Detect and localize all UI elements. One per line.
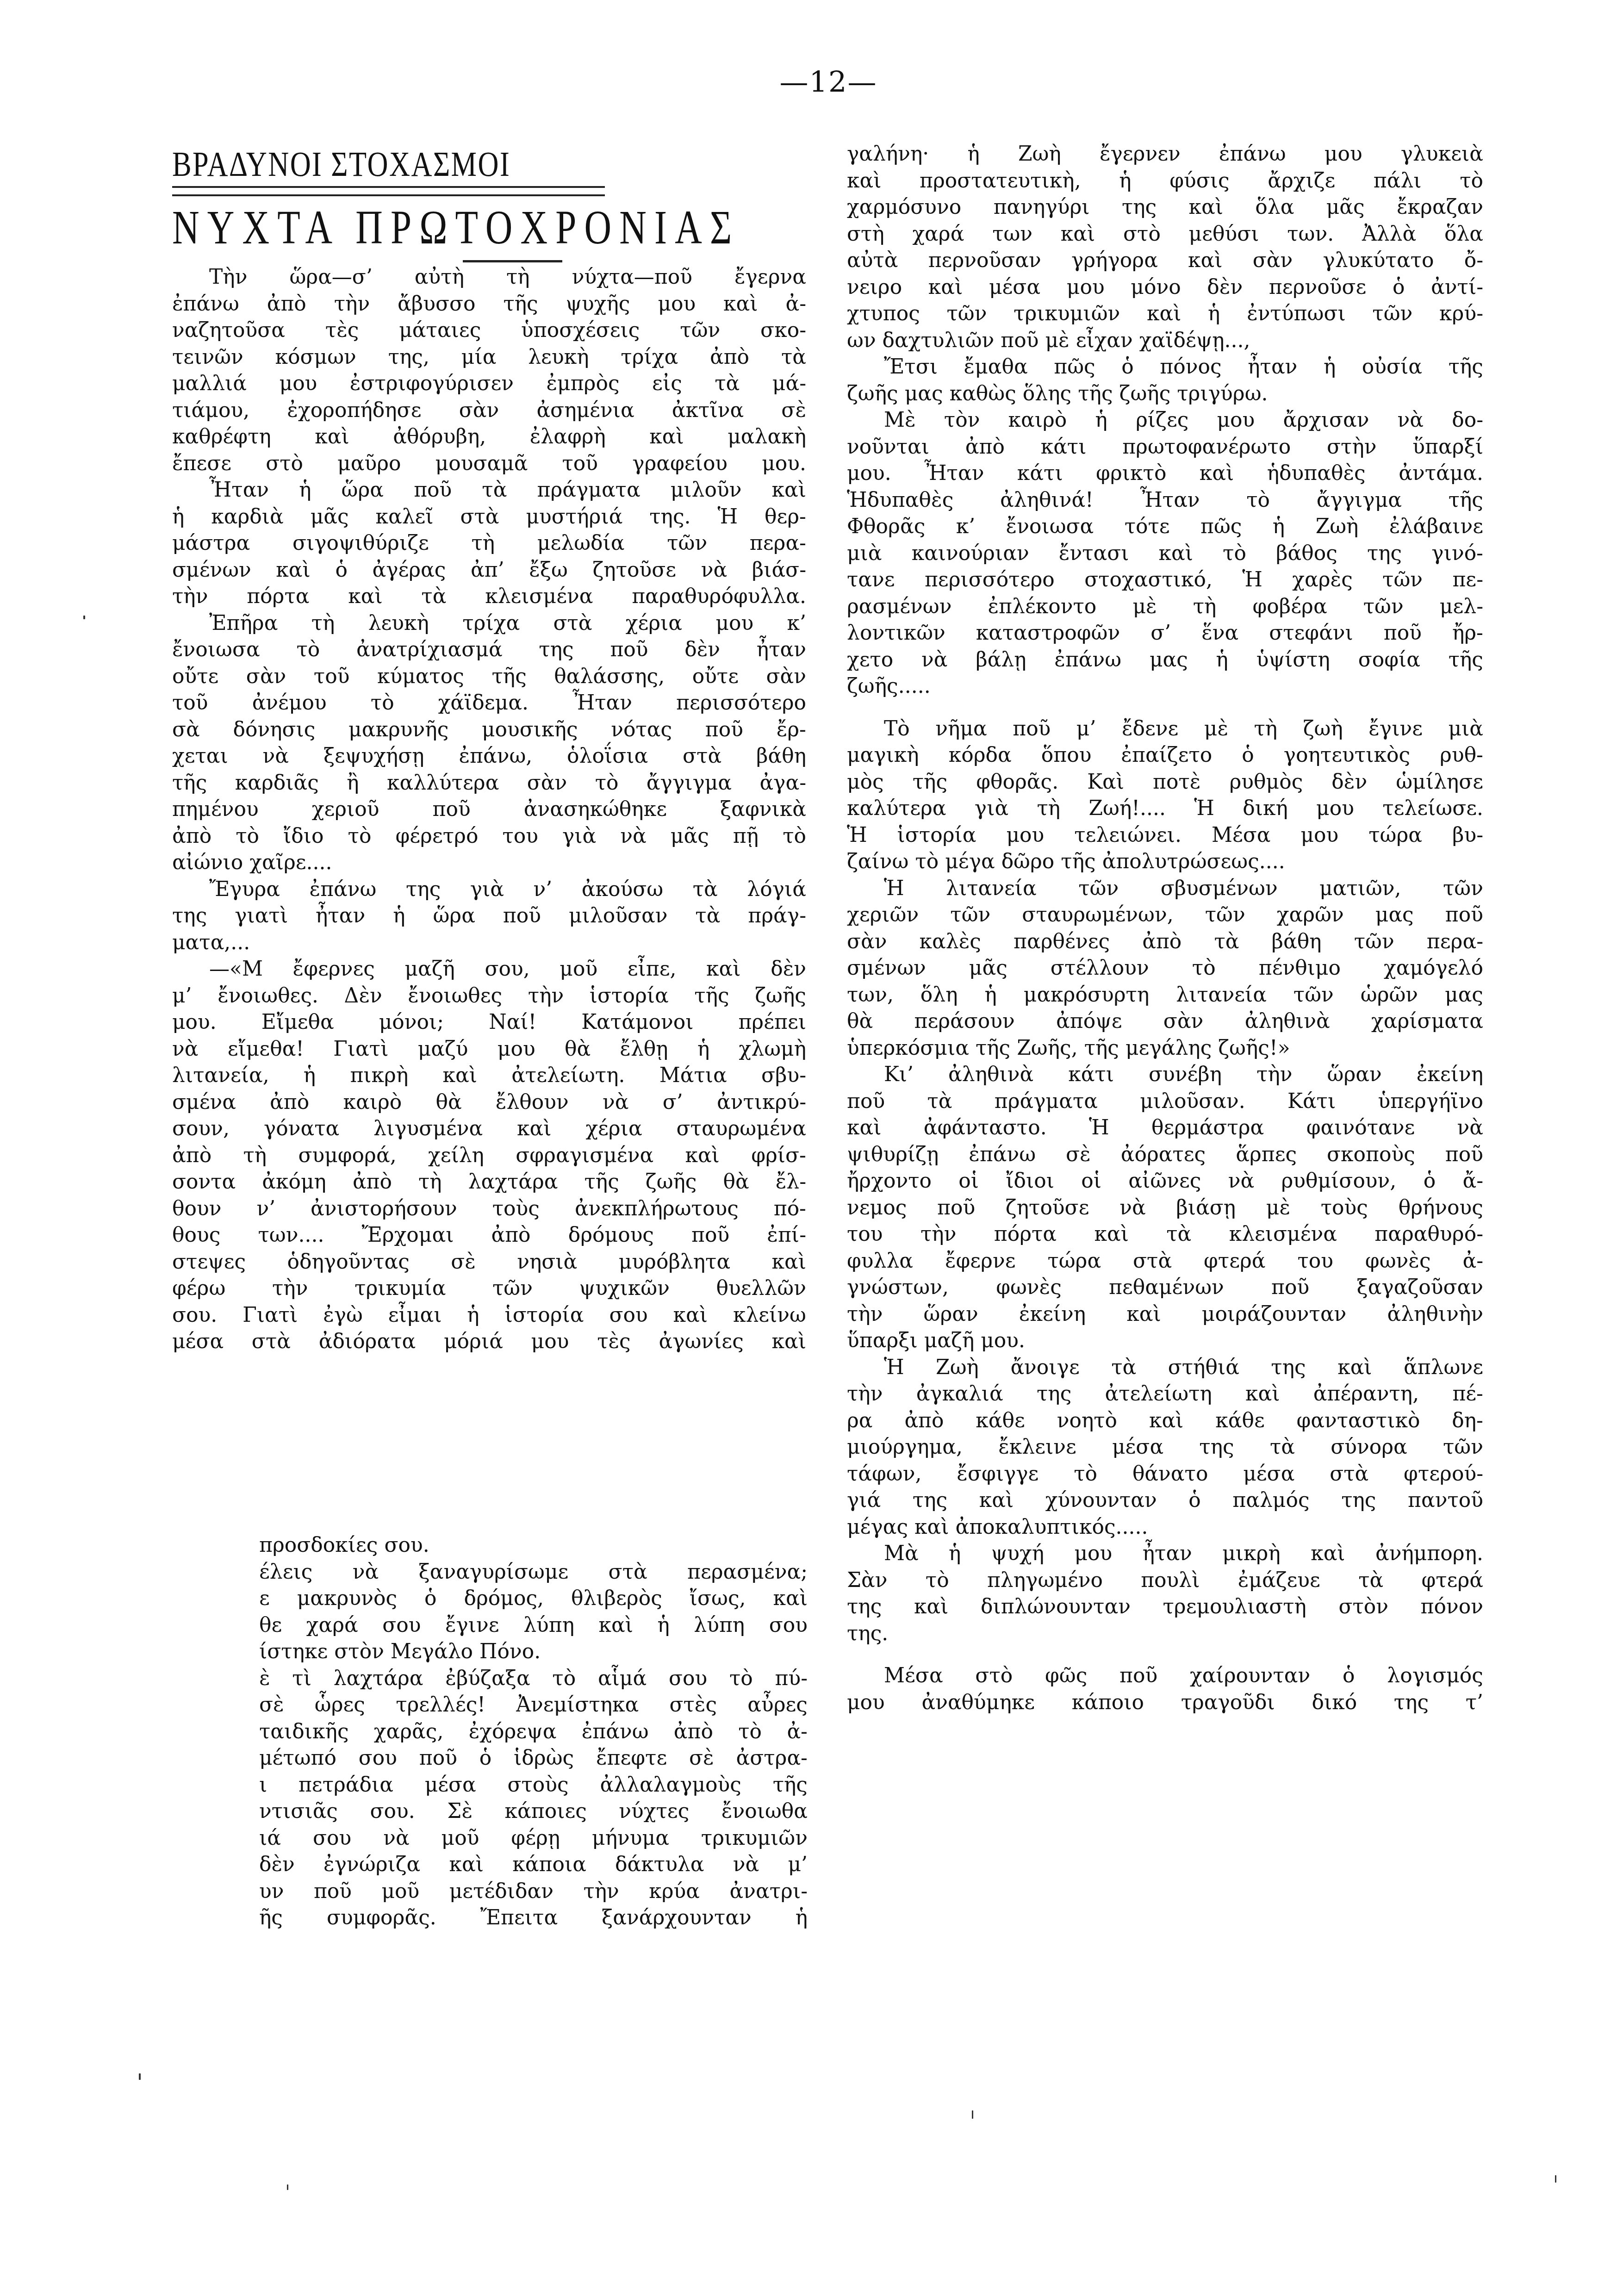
text-line: σὰν καλὲς παρθένες ἀπὸ τὰ βάθη τῶν περα-: [847, 928, 1483, 955]
text-line: της.: [847, 1620, 1483, 1647]
article-title: ΝΥΧΤΑ ΠΡΩΤΟΧΡΟΝΙΑΣ: [172, 200, 786, 255]
text-line: θουν ν’ ἀνιστορήσουν τοὺς ἀνεκπλήρωτους …: [172, 1195, 806, 1222]
text-line: ἔπεσε στὸ μαῦρο μουσαμᾶ τοῦ γραφείου μου…: [172, 450, 806, 477]
page-number: —12—: [759, 65, 898, 99]
text-line: χτυπος τῶν τρικυμιῶν καὶ ἡ ἐντύπωσι τῶν …: [847, 300, 1483, 327]
text-line: ζωῆς μας καθὼς ὅλης τῆς ζωῆς τριγύρω.: [847, 380, 1483, 407]
text-line: καὶ προστατευτικὴ, ἡ φύσις ἄρχιζε πάλι τ…: [847, 168, 1483, 194]
text-line: τὴν ὥραν ἐκείνη καὶ μοιράζουνταν ἀληθινὴ…: [847, 1301, 1483, 1328]
text-line: μ’ ἔνοιωθες. Δὲν ἔνοιωθες τὴν ἱστορία τῆ…: [172, 983, 806, 1009]
text-line: λοντικῶν καταστροφῶν σ’ ἕνα στεφάνι ποῦ …: [847, 620, 1483, 647]
text-line: ἀπὸ τὴ συμφορά, χείλη σφραγισμένα καὶ φρ…: [172, 1142, 806, 1169]
text-line: Ἡ Ζωὴ ἄνοιγε τὰ στήθιά της καὶ ἅπλωνε: [847, 1354, 1483, 1381]
right-column: γαλήνη· ἡ Ζωὴ ἔγερνεν ἐπάνω μου γλυκειὰ …: [847, 141, 1483, 1716]
text-line: μαλλιά μου ἐστριφογύρισεν ἐμπρὸς εἰς τὰ …: [172, 370, 806, 397]
paragraph-gap: [847, 700, 1483, 716]
text-line: ρα ἀπὸ κάθε νοητὸ καὶ κάθε φανταστικὸ δη…: [847, 1407, 1483, 1434]
text-line: Μὰ ἡ ψυχή μου ἦταν μικρὴ καὶ ἀνήμπορη.: [847, 1540, 1483, 1567]
text-line: Ἡ ἱστορία μου τελειώνει. Μέσα μου τώρα β…: [847, 822, 1483, 849]
text-line: μάστρα σιγοψιθύριζε τὴ μελωδία τῶν περα-: [172, 530, 806, 557]
series-title: ΒΡΑΔΥΝΟΙ ΣΤΟΧΑΣΜΟΙ: [172, 144, 514, 185]
text-line: νεμος ποῦ ζητοῦσε νὰ βιάσῃ μὲ τοὺς θρήνο…: [847, 1195, 1483, 1221]
text-line: Ἔγυρα ἐπάνω της γιὰ ν’ ἀκούσω τὰ λόγιά: [172, 876, 806, 903]
text-line: καὶ ἀφάνταστο. Ἡ θερμάστρα φαινότανε νὰ: [847, 1114, 1483, 1141]
text-line: Ἡδυπαθὲς ἀληθινά! Ἦταν τὸ ἄγγιγμα τῆς: [847, 487, 1483, 514]
text-line: μου. Ἦταν κάτι φρικτὸ καὶ ἡδυπαθὲς ἀντάμ…: [847, 460, 1483, 487]
text-line: μέγας καὶ ἀποκαλυπτικός.....: [847, 1514, 1483, 1541]
text-line: ἐπάνω ἀπὸ τὴν ἄβυσσο τῆς ψυχῆς μου καὶ ἀ…: [172, 291, 806, 317]
text-line: των, ὅλη ἡ μακρόσυρτη λιτανεία τῶν ὡρῶν …: [847, 982, 1483, 1008]
series-title-double-rule: [172, 186, 605, 196]
text-line: γνώστων, φωνὲς πεθαμένων ποῦ ξαγαζοῦσαν: [847, 1274, 1483, 1301]
text-line: φυλλα ἔφερνε τώρα στὰ φτερά του φωνὲς ἀ-: [847, 1248, 1483, 1275]
text-line: έλεις νὰ ξαναγυρίσωμε στὰ περασμένα;: [259, 1559, 808, 1586]
paragraph-gap: [847, 1647, 1483, 1662]
text-line: μου. Εἴμεθα μόνοι; Ναί! Κατάμονοι πρέπει: [172, 1009, 806, 1036]
text-line: καθρέφτη καὶ ἀθόρυβη, ἐλαφρὴ καὶ μαλακὴ: [172, 423, 806, 450]
text-line: Ἦταν ἡ ὥρα ποῦ τὰ πράγματα μιλοῦν καὶ: [172, 477, 806, 504]
text-line: ποῦ τὰ πράγματα μιλοῦσαν. Κάτι ὑπεργήϊνο: [847, 1088, 1483, 1115]
text-line: τὴν πόρτα καὶ τὰ κλεισμένα παραθυρόφυλλα…: [172, 583, 806, 610]
scan-speck: [83, 616, 85, 619]
text-line: Φθορᾶς κ’ ἔνοιωσα τότε πῶς ἡ Ζωὴ ἐλάβαιν…: [847, 513, 1483, 540]
text-line: σὰ δόνησις μακρυνῆς μουσικῆς νότας ποῦ ἔ…: [172, 716, 806, 743]
text-line: μέσα στὰ ἀδιόρατα μόριά μου τὲς ἀγωνίες …: [172, 1328, 806, 1355]
text-line: σμένα ἀπὸ καιρὸ θὰ ἔλθουν νὰ σ’ ἀντικρύ-: [172, 1089, 806, 1116]
text-line: καλύτερα γιὰ τὴ Ζωή!.... Ἡ δική μου τελε…: [847, 795, 1483, 822]
text-line: ζαίνω τὸ μέγα δῶρο τῆς ἀπολυτρώσεως....: [847, 848, 1483, 875]
text-line: ναζητοῦσα τὲς μάταιες ὑποσχέσεις τῶν σκο…: [172, 317, 806, 344]
text-line: Ἡ λιτανεία τῶν σβυσμένων ματιῶν, τῶν: [847, 875, 1483, 902]
text-line: Τὴν ὥρα—σ’ αὐτὴ τὴ νύχτα—ποῦ ἔγερνα: [172, 264, 806, 291]
text-line: τιάμου, ἐχοροπήδησε σὰν ἀσημένια ἀκτῖνα …: [172, 397, 806, 424]
text-line: ῆς συμφορᾶς. Ἔπειτα ξανάρχουνταν ἡ: [259, 1904, 808, 1931]
text-line: πημένου χεριοῦ ποῦ ἀνασηκώθηκε ξαφνικὰ: [172, 796, 806, 823]
text-line: ψιθυρίζῃ ἐπάνω σὲ ἀόρατες ἅρπες σκοποὺς …: [847, 1141, 1483, 1168]
text-line: ρασμένων ἐπλέκοντο μὲ τὴ φοβέρα τῶν μελ-: [847, 593, 1483, 620]
text-line: χεριῶν τῶν σταυρωμένων, τῶν χαρῶν μας πο…: [847, 902, 1483, 928]
text-line: τανε περισσότερο στοχαστικό, Ἡ χαρὲς τῶν…: [847, 566, 1483, 593]
text-line: Τὸ νῆμα ποῦ μ’ ἔδενε μὲ τὴ ζωὴ ἔγινε μιὰ: [847, 716, 1483, 742]
text-line: χεται νὰ ξεψυχήσῃ ἐπάνω, ὁλοΐσια στὰ βάθ…: [172, 743, 806, 770]
text-line: στὴ χαρά των καὶ στὸ μεθύσι των. Ἀλλὰ ὅλ…: [847, 221, 1483, 248]
text-line: νὰ εἴμεθα! Γιατὶ μαζύ μου θὰ ἔλθῃ ἡ χλωμ…: [172, 1036, 806, 1063]
text-line: ε μακρυνὸς ὁ δρόμος, θλιβερὸς ἴσως, καὶ: [259, 1585, 808, 1612]
text-line: σουν, γόνατα λιγυσμένα καὶ χέρια σταυρωμ…: [172, 1115, 806, 1142]
text-line: προσδοκίες σου.: [259, 1532, 808, 1559]
text-line: χετο νὰ βάλῃ ἐπάνω μας ἡ ὑψίστη σοφία τῆ…: [847, 647, 1483, 673]
text-line: χαρμόσυνο πανηγύρι της καὶ ὅλα μᾶς ἔκραζ…: [847, 194, 1483, 221]
text-line: ὕπαρξι μαζῆ μου.: [847, 1327, 1483, 1354]
text-line: ἡ καρδιὰ μᾶς καλεῖ στὰ μυστήριά της. Ἡ θ…: [172, 504, 806, 530]
text-line: Σὰν τὸ πληγωμένο πουλὶ ἐμάζευε τὰ φτερά: [847, 1567, 1483, 1594]
text-line: Μέσα στὸ φῶς ποῦ χαίρουνταν ὁ λογισμός: [847, 1662, 1483, 1689]
text-line: γαλήνη· ἡ Ζωὴ ἔγερνεν ἐπάνω μου γλυκειὰ: [847, 141, 1483, 168]
text-line: Μὲ τὸν καιρὸ ἡ ρίζες μου ἄρχισαν νὰ δο-: [847, 407, 1483, 434]
scan-speck: [1555, 2175, 1556, 2183]
text-line: σμένων καὶ ὁ ἀγέρας ἀπ’ ἔξω ζητοῦσε νὰ β…: [172, 557, 806, 584]
text-line: ζωῆς.....: [847, 673, 1483, 700]
text-line: λιτανεία, ἡ πικρὴ καὶ ἀτελείωτη. Μάτια σ…: [172, 1062, 806, 1089]
text-line: στεψες ὁδηγοῦντας σὲ νησιὰ μυρόβλητα καὶ: [172, 1249, 806, 1276]
text-line: μέτωπό σου ποῦ ὁ ἱδρὼς ἔπεφτε σὲ ἀστρα-: [259, 1745, 808, 1772]
text-line: αἰώνιο χαῖρε....: [172, 849, 806, 876]
text-line: γιά της καὶ χύνουνταν ὁ παλμός της παντο…: [847, 1487, 1483, 1514]
text-line: φέρω τὴν τρικυμία τῶν ψυχικῶν θυελλῶν: [172, 1275, 806, 1302]
text-line: του τὴν πόρτα καὶ τὰ κλεισμένα παραθυρό-: [847, 1221, 1483, 1248]
text-line: μιὰ καινούριαν ἔντασι καὶ τὸ βάθος της γ…: [847, 540, 1483, 567]
text-line: θους των.... Ἔρχομαι ἀπὸ δρόμους ποῦ ἐπί…: [172, 1222, 806, 1249]
text-line: μὸς τῆς φθορᾶς. Καὶ ποτὲ ρυθμὸς δὲν ὡμίλ…: [847, 769, 1483, 796]
text-line: ιά σου νὰ μοῦ φέρῃ μήνυμα τρικυμιῶν: [259, 1825, 808, 1852]
left-column: Τὴν ὥρα—σ’ αὐτὴ τὴ νύχτα—ποῦ ἔγερνα ἐπάν…: [172, 264, 806, 1355]
text-line: σὲ ὧρες τρελλές! Ἀνεμίστηκα στὲς αὖρες: [259, 1692, 808, 1718]
text-line: τὴν ἀγκαλιά της ἀτελείωτη καὶ ἀπέραντη, …: [847, 1381, 1483, 1407]
text-line: θὰ περάσουν ἀπόψε σὰν ἀληθινὰ χαρίσματα: [847, 1008, 1483, 1035]
text-line: ταιδικῆς χαρᾶς, ἐχόρεψα ἐπάνω ἀπὸ τὸ ἀ-: [259, 1718, 808, 1745]
text-line: ἤρχοντο οἱ ἴδιοι οἱ αἰῶνες νὰ ρυθμίσουν,…: [847, 1168, 1483, 1195]
text-line: ων δαχτυλιῶν ποῦ μὲ εἶχαν χαϊδέψῃ...,: [847, 327, 1483, 354]
text-line: τεινῶν κόσμων της, μία λευκὴ τρίχα ἀπὸ τ…: [172, 344, 806, 371]
left-column-indented-block: προσδοκίες σου. έλεις νὰ ξαναγυρίσωμε στ…: [259, 1532, 808, 1931]
text-line: μαγικὴ κόρδα ὅπου ἐπαίζετο ὁ γοητευτικὸς…: [847, 742, 1483, 769]
text-line: σου. Γιατὶ ἐγὼ εἶμαι ἡ ἱστορία σου καὶ κ…: [172, 1302, 806, 1329]
text-line: της γιατὶ ἦταν ἡ ὥρα ποῦ μιλοῦσαν τὰ πρά…: [172, 902, 806, 929]
text-line: τοῦ ἀνέμου τὸ χάϊδεμα. Ἦταν περισσότερο: [172, 690, 806, 716]
text-line: ντισιᾶς σου. Σὲ κάποιες νύχτες ἔνοιωθα: [259, 1798, 808, 1825]
text-line: θε χαρά σου ἔγινε λύπη καὶ ἡ λύπη σου: [259, 1612, 808, 1639]
text-line: αὐτὰ περνοῦσαν γρήγορα καὶ σὰν γλυκύτατο…: [847, 247, 1483, 274]
text-line: ι πετράδια μέσα στοὺς ἀλλαλαγμοὺς τῆς: [259, 1772, 808, 1798]
text-line: υν ποῦ μοῦ μετέδιδαν τὴν κρύα ἀνατρι-: [259, 1878, 808, 1905]
text-line: Ἐπῆρα τὴ λευκὴ τρίχα στὰ χέρια μου κ’: [172, 610, 806, 637]
text-line: ἔνοιωσα τὸ ἀνατρίχιασμά της ποῦ δὲν ἦταν: [172, 636, 806, 663]
text-line: τῆς καρδιᾶς ἢ καλλύτερα σὰν τὸ ἄγγιγμα ἀ…: [172, 770, 806, 796]
text-line: μιούργημα, ἔκλεινε μέσα της τὰ σύνορα τῶ…: [847, 1434, 1483, 1461]
text-line: τάφων, ἔσφιγγε τὸ θάνατο μέσα στὰ φτερού…: [847, 1461, 1483, 1487]
text-line: νοῦνται ἀπὸ κάτι πρωτοφανέρωτο στὴν ὕπαρ…: [847, 434, 1483, 460]
text-line: Κι’ ἀληθινὰ κάτι συνέβη τὴν ὥραν ἐκείνη: [847, 1061, 1483, 1088]
text-line: ἀπὸ τὸ ἴδιο τὸ φέρετρό του γιὰ νὰ μᾶς πῇ…: [172, 823, 806, 850]
text-line: Ἔτσι ἔμαθα πῶς ὁ πόνος ἦταν ἡ οὐσία τῆς: [847, 354, 1483, 380]
scan-speck: [972, 2110, 973, 2119]
text-line: της καὶ διπλώνουνταν τρεμουλιαστὴ στὸν π…: [847, 1593, 1483, 1620]
text-line: ὑπερκόσμια τῆς Ζωῆς, τῆς μεγάλης ζωῆς!»: [847, 1035, 1483, 1062]
text-line: σμένων μᾶς στέλλουν τὸ πένθιμο χαμόγελό: [847, 955, 1483, 982]
text-line: δὲν ἐγνώριζα καὶ κάποια δάκτυλα νὰ μ’: [259, 1851, 808, 1878]
text-line: μου ἀναθύμηκε κάποιο τραγοῦδι δικό της τ…: [847, 1689, 1483, 1716]
text-line: νειρο καὶ μέσα μου μόνο δὲν περνοῦσε ὁ ἀ…: [847, 274, 1483, 301]
scan-speck: [287, 2184, 288, 2190]
title-short-rule: [463, 260, 562, 262]
text-line: —«Μ ἔφερνες μαζῆ σου, μοῦ εἶπε, καὶ δὲν: [172, 956, 806, 983]
text-line: οὔτε σὰν τοῦ κύματος τῆς θαλάσσης, οὔτε …: [172, 663, 806, 690]
scan-speck: [139, 2073, 141, 2080]
text-line: ὲ τὶ λαχτάρα ἐβύζαξα τὸ αἷμά σου τὸ πύ-: [259, 1665, 808, 1692]
text-line: ίστηκε στὸν Μεγάλο Πόνο.: [259, 1638, 808, 1665]
text-line: ματα,...: [172, 929, 806, 956]
text-line: σοντα ἀκόμη ἀπὸ τὴ λαχτάρα τῆς ζωῆς θὰ ἔ…: [172, 1169, 806, 1195]
